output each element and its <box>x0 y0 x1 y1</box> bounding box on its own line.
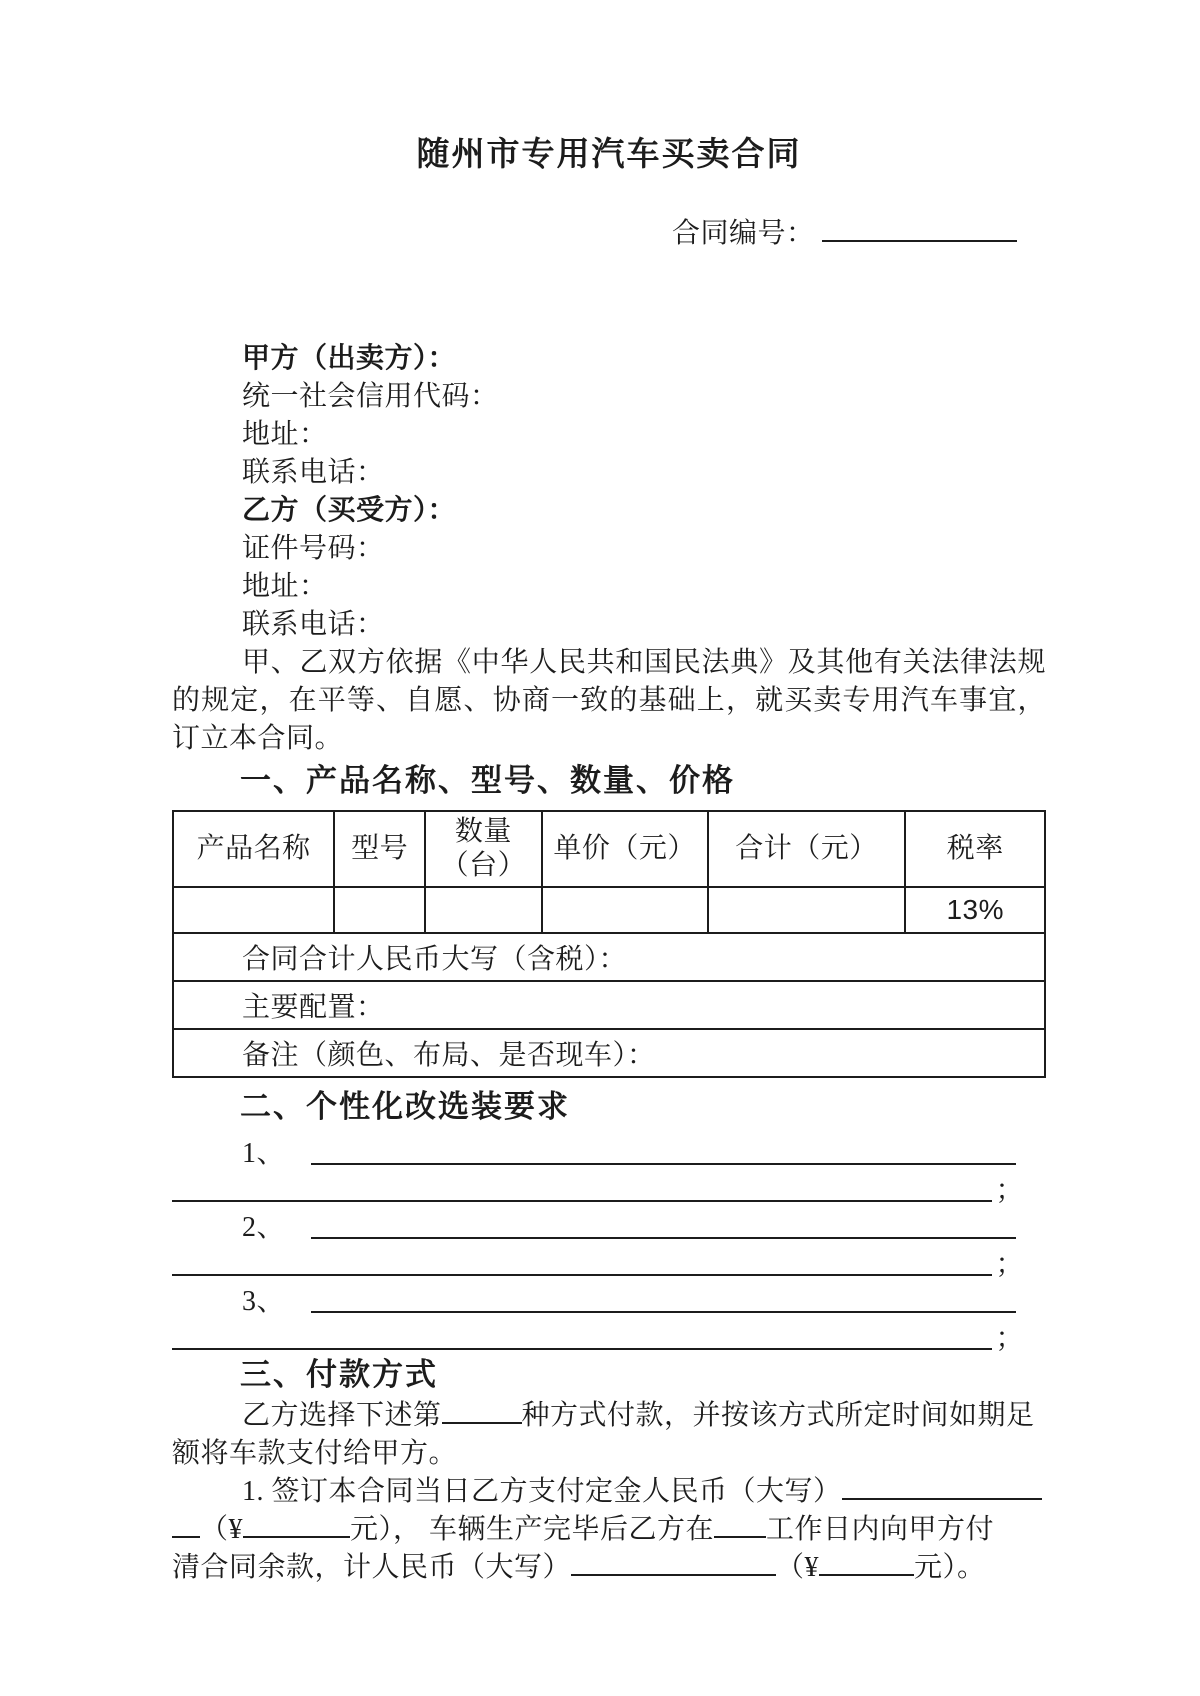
party-a-credit-code: 统一社会信用代码： <box>172 378 1046 416</box>
item-3-semicolon: ； <box>995 1324 1024 1354</box>
item-3-blank-2[interactable] <box>172 1348 992 1350</box>
balance-amount-words-blank[interactable] <box>571 1550 776 1576</box>
party-a-address: 地址： <box>172 416 1046 454</box>
cell-model[interactable] <box>334 887 425 933</box>
item-3-blank[interactable] <box>311 1311 1016 1313</box>
payment-choose-line-2: 额将车款支付给甲方。 <box>172 1435 1046 1473</box>
table-header-row: 产品名称 型号 数量 （台） 单价（元） 合计（元） 税率 <box>173 811 1045 887</box>
payment-choose-line-1: 乙方选择下述第种方式付款，并按该方式所定时间如期足 <box>172 1397 1046 1435</box>
deposit-amount-words-blank[interactable] <box>842 1474 1042 1500</box>
intro-line-1: 甲、乙双方依据《中华人民共和国民法典》及其他有关法律法规 <box>172 644 1046 682</box>
party-info-block: 甲方（出卖方）： 统一社会信用代码： 地址： 联系电话： 乙方（买受方）： 证件… <box>172 340 1046 644</box>
item-3-number: 3、 <box>242 1287 285 1317</box>
balance-yen-open: （¥ <box>776 1552 819 1583</box>
custom-item-3-line: 3、 <box>172 1280 1046 1317</box>
product-table: 产品名称 型号 数量 （台） 单价（元） 合计（元） 税率 13% 合同合计人民… <box>172 810 1046 1078</box>
item-1-blank-2[interactable] <box>172 1200 992 1202</box>
party-a-phone: 联系电话： <box>172 454 1046 492</box>
section-3-heading: 三、付款方式 <box>172 1358 1046 1392</box>
party-b-label: 乙方（买受方）： <box>172 492 1046 530</box>
party-a-label: 甲方（出卖方）： <box>172 340 1046 378</box>
party-b-id-number: 证件号码： <box>172 530 1046 568</box>
table-total-row: 合同合计人民币大写（含税）： <box>173 933 1045 981</box>
payment-item1-line-1: 1. 签订本合同当日乙方支付定金人民币（大写） <box>172 1473 1046 1511</box>
payment-item1-line-2: （¥元）， 车辆生产完毕后乙方在工作日内向甲方付 <box>172 1511 1046 1549</box>
item-1-blank[interactable] <box>311 1163 1016 1165</box>
deposit-yen-open: （¥ <box>200 1514 243 1545</box>
payment-choose-post: 种方式付款，并按该方式所定时间如期足 <box>522 1400 1035 1431</box>
header-total: 合计（元） <box>708 811 906 887</box>
contract-number-label: 合同编号： <box>672 218 815 249</box>
custom-item-2-line: 2、 <box>172 1206 1046 1243</box>
section-1-heading: 一、产品名称、型号、数量、价格 <box>172 764 1046 798</box>
header-model: 型号 <box>334 811 425 887</box>
cell-quantity[interactable] <box>425 887 542 933</box>
payment-item1-line-3: 清合同余款，计人民币（大写）（¥元）。 <box>172 1549 1046 1587</box>
balance-post-text: 元）。 <box>914 1552 986 1583</box>
party-b-address: 地址： <box>172 568 1046 606</box>
balance-text: 清合同余款，计人民币（大写） <box>172 1552 571 1583</box>
total-amount-label[interactable]: 合同合计人民币大写（含税）： <box>173 933 1045 981</box>
header-product-name: 产品名称 <box>173 811 334 887</box>
cell-total[interactable] <box>708 887 906 933</box>
intro-line-3: 订立本合同。 <box>172 720 1046 758</box>
item-1-semicolon: ； <box>995 1176 1024 1206</box>
cell-tax-rate: 13% <box>905 887 1045 933</box>
section-2-heading: 二、个性化改选装要求 <box>172 1090 1046 1124</box>
item-2-blank-2[interactable] <box>172 1274 992 1276</box>
cell-product-name[interactable] <box>173 887 334 933</box>
table-remark-row: 备注（颜色、布局、是否现车）： <box>173 1029 1045 1077</box>
main-config-label[interactable]: 主要配置： <box>173 981 1045 1029</box>
balance-amount-figures-blank[interactable] <box>819 1550 914 1576</box>
deposit-text: 1. 签订本合同当日乙方支付定金人民币（大写） <box>242 1476 842 1507</box>
payment-terms: 乙方选择下述第种方式付款，并按该方式所定时间如期足 额将车款支付给甲方。 1. … <box>172 1397 1046 1587</box>
contract-number-blank[interactable] <box>822 216 1017 242</box>
table-config-row: 主要配置： <box>173 981 1045 1029</box>
item-1-number: 1、 <box>242 1139 285 1169</box>
payment-choose-pre: 乙方选择下述第 <box>242 1400 442 1431</box>
deposit-post-text: 工作日内向甲方付 <box>766 1514 994 1545</box>
party-b-phone: 联系电话： <box>172 606 1046 644</box>
intro-line-2: 的规定，在平等、自愿、协商一致的基础上，就买卖专用汽车事宜， <box>172 682 1046 720</box>
contract-number-line: 合同编号： <box>172 214 1046 254</box>
header-quantity: 数量 （台） <box>425 811 542 887</box>
custom-item-3-continuation: ； <box>172 1317 1046 1354</box>
custom-item-1-line: 1、 <box>172 1132 1046 1169</box>
item-2-semicolon: ； <box>995 1250 1024 1280</box>
custom-item-2-continuation: ； <box>172 1243 1046 1280</box>
contract-page: 随州市专用汽车买卖合同 合同编号： 甲方（出卖方）： 统一社会信用代码： 地址：… <box>0 0 1200 1696</box>
intro-paragraph: 甲、乙双方依据《中华人民共和国民法典》及其他有关法律法规 的规定，在平等、自愿、… <box>172 644 1046 758</box>
cell-unit-price[interactable] <box>542 887 708 933</box>
document-title: 随州市专用汽车买卖合同 <box>172 132 1046 176</box>
payment-method-blank[interactable] <box>442 1398 522 1424</box>
working-days-blank[interactable] <box>714 1512 766 1538</box>
deposit-amount-figures-blank[interactable] <box>243 1512 350 1538</box>
deposit-mid-text: 元）， 车辆生产完毕后乙方在 <box>350 1514 714 1545</box>
custom-item-1-continuation: ； <box>172 1169 1046 1206</box>
deposit-words-continuation-blank[interactable] <box>172 1512 200 1538</box>
table-data-row: 13% <box>173 887 1045 933</box>
item-2-number: 2、 <box>242 1213 285 1243</box>
header-tax-rate: 税率 <box>905 811 1045 887</box>
header-unit-price: 单价（元） <box>542 811 708 887</box>
remark-label[interactable]: 备注（颜色、布局、是否现车）： <box>173 1029 1045 1077</box>
item-2-blank[interactable] <box>311 1237 1016 1239</box>
customization-items: 1、 ； 2、 ； 3、 ； <box>172 1132 1046 1354</box>
